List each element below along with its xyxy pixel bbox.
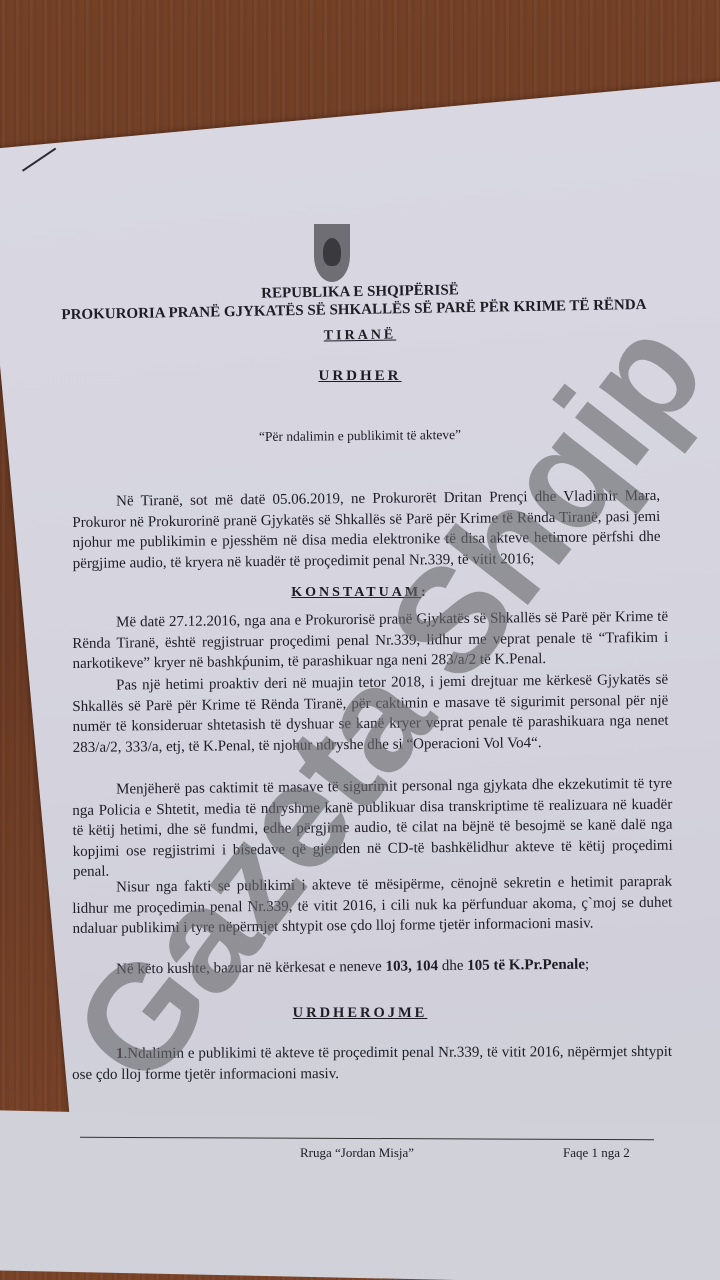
albanian-coat-of-arms-icon: [314, 224, 350, 282]
footer-address: Rruga “Jordan Misja”: [300, 1145, 414, 1161]
footer-page-number: Faqe 1 nga 2: [563, 1145, 630, 1161]
legal-basis-articles: 103, 104: [385, 958, 438, 975]
legal-basis-suffix: ;: [585, 957, 589, 973]
footer-divider: [80, 1137, 654, 1141]
legal-basis-conj: dhe: [438, 958, 467, 974]
document-page: REPUBLIKA E SHQIPËRISË PROKURORIA PRANË …: [0, 0, 720, 1280]
legal-basis-article-last: 105 të K.Pr.Penale: [467, 957, 585, 974]
pen-mark: [22, 148, 56, 172]
